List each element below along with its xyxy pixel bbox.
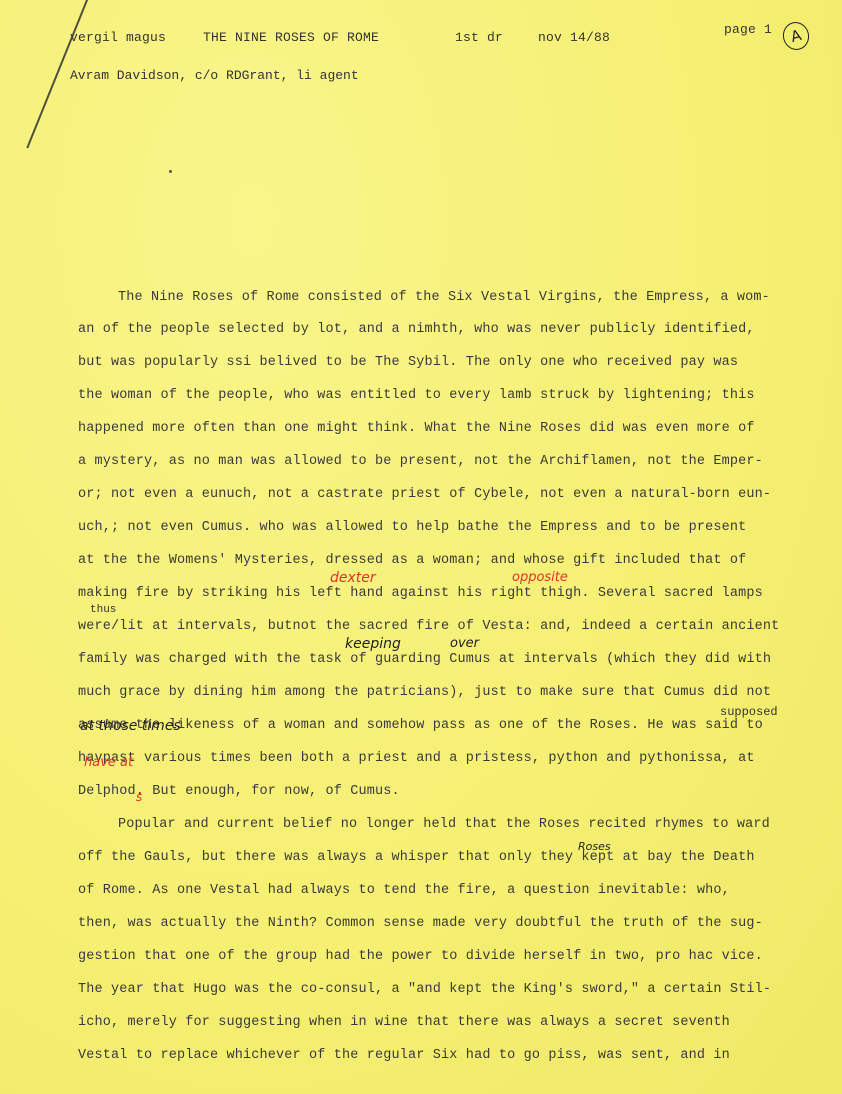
body-line: were/lit at intervals, butnot the sacred… [78,619,779,634]
body-line: a mystery, as no man was allowed to be p… [78,454,763,469]
correction-opposite: opposite [512,570,568,585]
body-line: family was charged with the task of guar… [78,652,771,667]
correction-have-at: have at [84,755,133,770]
insert-at-those-times: at those times [80,718,181,734]
body-line: making fire by striking his left hand ag… [78,586,763,601]
body-line: but was popularly ssi belived to be The … [78,355,738,370]
correction-dexter: dexter [330,570,376,586]
circled-a-mark: A [780,19,812,53]
ink-dot [169,170,172,173]
manuscript-page: vergil magus THE NINE ROSES OF ROME 1st … [0,0,842,1094]
body-line: happened more often than one might think… [78,421,755,436]
insert-thus: thus [90,604,116,616]
body-line: uch,; not even Cumus. who was allowed to… [78,520,746,535]
body-line: Popular and current belief no longer hel… [118,817,770,832]
body-line: at the the Womens' Mysteries, dressed as… [78,553,746,568]
body-line: gestion that one of the group had the po… [78,949,763,964]
insert-roses: Roses [578,840,611,853]
insert-supposed: supposed [720,705,778,719]
body-line: The Nine Roses of Rome consisted of the … [118,290,770,305]
insert-keeping: keeping [345,636,401,652]
body-line: Vestal to replace whichever of the regul… [78,1048,730,1063]
draft-date: nov 14/88 [538,30,610,45]
correction-s: s [136,790,142,804]
draft-label: 1st dr [455,30,503,45]
body-line: The year that Hugo was the co-consul, a … [78,982,771,997]
insert-over: over [450,636,479,651]
series-name: vergil magus [70,30,166,45]
body-line: or; not even a eunuch, not a castrate pr… [78,487,771,502]
body-line: then, was actually the Ninth? Common sen… [78,916,763,931]
author-line: Avram Davidson, c/o RDGrant, li agent [70,68,359,83]
body-line: the woman of the people, who was entitle… [78,388,755,403]
body-line: Delphod. But enough, for now, of Cumus. [78,784,400,799]
body-line: an of the people selected by lot, and a … [78,322,755,337]
page-number: page 1 [724,22,772,37]
body-line: icho, merely for suggesting when in wine… [78,1015,730,1030]
story-title: THE NINE ROSES OF ROME [203,30,379,45]
body-line: much grace by dining him among the patri… [78,685,771,700]
body-line: off the Gauls, but there was always a wh… [78,850,755,865]
body-line: havpast various times been both a priest… [78,751,755,766]
body-line: of Rome. As one Vestal had always to ten… [78,883,730,898]
